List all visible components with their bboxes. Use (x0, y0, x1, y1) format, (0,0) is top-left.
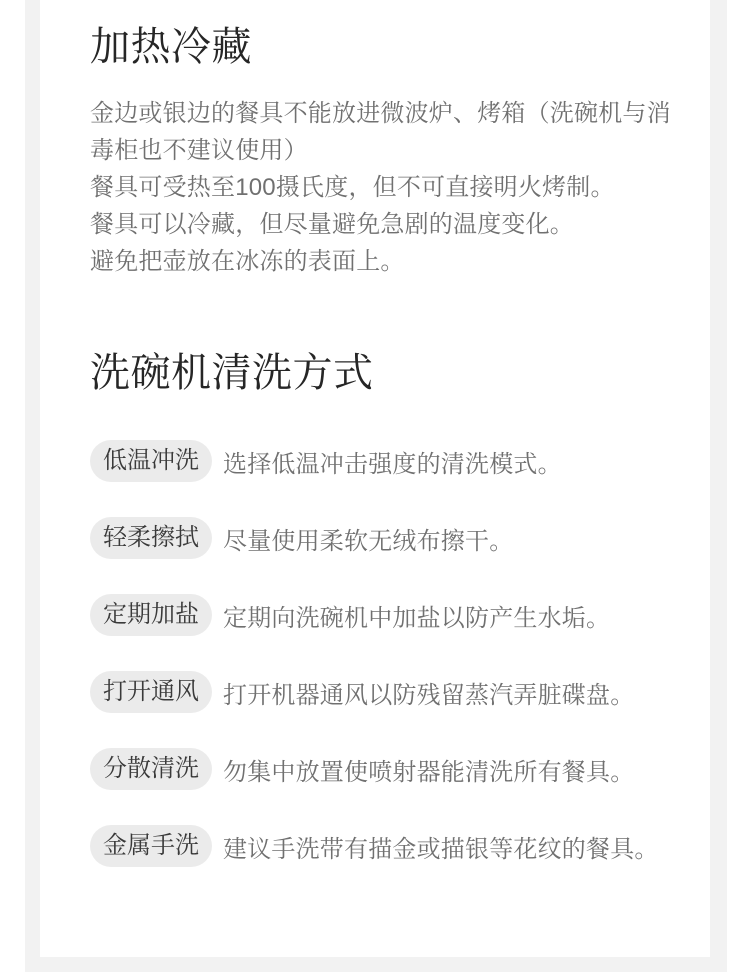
care-tag-pill: 分散清洗 (90, 748, 212, 790)
paragraph-line: 餐具可受热至100摄氏度，但不可直接明火烤制。 (90, 169, 660, 206)
care-tag-pill: 低温冲洗 (90, 440, 212, 482)
paragraph-line: 金边或银边的餐具不能放进微波炉、烤箱（洗碗机与消 (90, 95, 660, 132)
care-tag-pill: 打开通风 (90, 671, 212, 713)
care-tip-row: 打开通风 打开机器通风以防残留蒸汽弄脏碟盘。 (90, 671, 660, 713)
care-tag-pill: 定期加盐 (90, 594, 212, 636)
paragraph-line: 毒柜也不建议使用） (90, 132, 660, 169)
care-tip-description: 尽量使用柔软无绒布擦干。 (223, 521, 513, 556)
paragraph-line: 餐具可以冷藏，但尽量避免急剧的温度变化。 (90, 206, 660, 243)
care-instructions-card: 加热冷藏 金边或银边的餐具不能放进微波炉、烤箱（洗碗机与消 毒柜也不建议使用） … (40, 0, 710, 957)
section-title-dishwasher-cleaning: 洗碗机清洗方式 (90, 352, 660, 394)
product-detail-page: 加热冷藏 金边或银边的餐具不能放进微波炉、烤箱（洗碗机与消 毒柜也不建议使用） … (0, 0, 750, 980)
heating-paragraph: 金边或银边的餐具不能放进微波炉、烤箱（洗碗机与消 毒柜也不建议使用） 餐具可受热… (90, 95, 660, 280)
care-tip-description: 定期向洗碗机中加盐以防产生水垢。 (223, 598, 610, 633)
section-title-heating-refrigeration: 加热冷藏 (90, 0, 660, 68)
care-tag-pill: 金属手洗 (90, 825, 212, 867)
care-tag-pill: 轻柔擦拭 (90, 517, 212, 559)
care-tip-description: 建议手洗带有描金或描银等花纹的餐具。 (223, 829, 659, 864)
care-tip-row: 分散清洗 勿集中放置使喷射器能清洗所有餐具。 (90, 748, 660, 790)
paragraph-line: 避免把壶放在冰冻的表面上。 (90, 243, 660, 280)
care-tip-row: 轻柔擦拭 尽量使用柔软无绒布擦干。 (90, 517, 660, 559)
care-tip-description: 勿集中放置使喷射器能清洗所有餐具。 (223, 752, 634, 787)
care-tip-row: 定期加盐 定期向洗碗机中加盐以防产生水垢。 (90, 594, 660, 636)
care-tip-list: 低温冲洗 选择低温冲击强度的清洗模式。 轻柔擦拭 尽量使用柔软无绒布擦干。 定期… (90, 440, 660, 867)
care-tip-description: 打开机器通风以防残留蒸汽弄脏碟盘。 (223, 675, 634, 710)
care-tip-description: 选择低温冲击强度的清洗模式。 (223, 444, 562, 479)
care-tip-row: 低温冲洗 选择低温冲击强度的清洗模式。 (90, 440, 660, 482)
care-tip-row: 金属手洗 建议手洗带有描金或描银等花纹的餐具。 (90, 825, 660, 867)
